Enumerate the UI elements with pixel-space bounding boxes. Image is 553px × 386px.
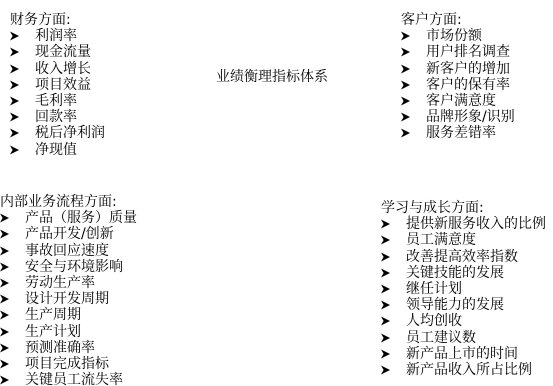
list-item: 品牌形象/识别: [401, 109, 515, 125]
financial-list: 利润率 现金流量 收入增长: [10, 28, 105, 158]
list-item: 继任计划: [381, 281, 546, 297]
list-item-label: 市场份额: [426, 28, 482, 44]
list-item-label: 用户排名调查: [426, 44, 510, 60]
arrowhead-bullet-icon: [401, 31, 410, 41]
list-item-label: 关键员工流失率: [25, 372, 123, 386]
list-item-label: 人均创收: [406, 313, 462, 329]
list-item-label: 关键技能的发展: [406, 265, 504, 281]
learning-growth-heading: 学习与成长方面:: [381, 200, 546, 216]
list-item-label: 劳动生产率: [25, 275, 95, 291]
list-item-label: 员工满意度: [406, 232, 476, 248]
arrowhead-bullet-icon: [381, 333, 390, 343]
list-item: 领导能力的发展: [381, 297, 546, 313]
list-item-label: 项目完成指标: [25, 356, 109, 372]
arrowhead-bullet-icon: [10, 64, 19, 74]
list-item-label: 员工建议数: [406, 330, 476, 346]
list-item-label: 领导能力的发展: [406, 297, 504, 313]
list-item: 回款率: [10, 109, 105, 125]
list-item-label: 改善提高效率指数: [406, 249, 518, 265]
internal-process-list: 产品（服务）质量 产品开发/创新 事故回应速度: [0, 210, 137, 386]
list-item-label: 提供新服务收入的比例: [406, 216, 546, 232]
arrowhead-bullet-icon: [381, 365, 390, 375]
arrowhead-bullet-icon: [401, 47, 410, 57]
list-item: 净现值: [10, 142, 105, 158]
arrowhead-bullet-icon: [381, 316, 390, 326]
list-item-label: 生产计划: [25, 324, 81, 340]
list-item-label: 新产品上市的时间: [406, 346, 518, 362]
arrowhead-bullet-icon: [10, 80, 19, 90]
list-item-label: 净现值: [35, 142, 77, 158]
list-item: 安全与环境影响: [0, 259, 137, 275]
arrowhead-bullet-icon: [401, 112, 410, 122]
list-item: 收入增长: [10, 61, 105, 77]
list-item: 人均创收: [381, 313, 546, 329]
arrowhead-bullet-icon: [0, 262, 9, 272]
list-item: 预测准确率: [0, 340, 137, 356]
list-item: 项目完成指标: [0, 356, 137, 372]
list-item: 关键技能的发展: [381, 265, 546, 281]
customer-list: 市场份额 用户排名调查 新客户的增加: [401, 28, 515, 141]
balanced-scorecard-diagram: 业绩衡理指标体系 财务方面: 利润率 现金流量: [0, 0, 553, 386]
arrowhead-bullet-icon: [381, 219, 390, 229]
learning-growth-list: 提供新服务收入的比例 员工满意度 改善提高效率指数: [381, 216, 546, 378]
learning-growth-quadrant: 学习与成长方面: 提供新服务收入的比例 员工满意度: [381, 200, 546, 378]
list-item-label: 客户满意度: [426, 93, 496, 109]
arrowhead-bullet-icon: [0, 310, 9, 320]
list-item-label: 回款率: [35, 109, 77, 125]
arrowhead-bullet-icon: [381, 300, 390, 310]
arrowhead-bullet-icon: [401, 64, 410, 74]
list-item: 改善提高效率指数: [381, 249, 546, 265]
list-item-label: 事故回应速度: [25, 243, 109, 259]
list-item-label: 生产周期: [25, 307, 81, 323]
list-item: 新产品上市的时间: [381, 346, 546, 362]
list-item: 市场份额: [401, 28, 515, 44]
arrowhead-bullet-icon: [381, 349, 390, 359]
list-item: 新客户的增加: [401, 61, 515, 77]
arrowhead-bullet-icon: [0, 343, 9, 353]
customer-heading: 客户方面:: [401, 12, 515, 28]
list-item-label: 产品（服务）质量: [25, 210, 137, 226]
arrowhead-bullet-icon: [0, 359, 9, 369]
list-item-label: 客户的保有率: [426, 77, 510, 93]
list-item: 关键员工流失率: [0, 372, 137, 386]
arrowhead-bullet-icon: [401, 80, 410, 90]
list-item: 员工满意度: [381, 232, 546, 248]
arrowhead-bullet-icon: [401, 96, 410, 106]
list-item: 产品（服务）质量: [0, 210, 137, 226]
list-item-label: 预测准确率: [25, 340, 95, 356]
list-item: 项目效益: [10, 77, 105, 93]
list-item-label: 品牌形象/识别: [426, 109, 515, 125]
list-item-label: 服务差错率: [426, 125, 496, 141]
arrowhead-bullet-icon: [10, 112, 19, 122]
list-item: 客户满意度: [401, 93, 515, 109]
list-item: 税后净利润: [10, 125, 105, 141]
internal-process-heading: 内部业务流程方面:: [0, 194, 137, 210]
list-item: 服务差错率: [401, 125, 515, 141]
list-item-label: 税后净利润: [35, 125, 105, 141]
list-item: 生产计划: [0, 324, 137, 340]
arrowhead-bullet-icon: [0, 375, 9, 385]
list-item: 利润率: [10, 28, 105, 44]
list-item-label: 现金流量: [35, 44, 91, 60]
arrowhead-bullet-icon: [381, 268, 390, 278]
list-item: 毛利率: [10, 93, 105, 109]
list-item-label: 毛利率: [35, 93, 77, 109]
list-item: 提供新服务收入的比例: [381, 216, 546, 232]
list-item: 现金流量: [10, 44, 105, 60]
list-item-label: 利润率: [35, 28, 77, 44]
list-item: 客户的保有率: [401, 77, 515, 93]
list-item: 劳动生产率: [0, 275, 137, 291]
arrowhead-bullet-icon: [0, 229, 9, 239]
list-item-label: 设计开发周期: [25, 291, 109, 307]
arrowhead-bullet-icon: [10, 128, 19, 138]
arrowhead-bullet-icon: [381, 284, 390, 294]
diagram-title: 业绩衡理指标体系: [216, 69, 328, 85]
list-item: 用户排名调查: [401, 44, 515, 60]
list-item: 新产品收入所占比例: [381, 362, 546, 378]
list-item-label: 收入增长: [35, 61, 91, 77]
arrowhead-bullet-icon: [0, 294, 9, 304]
list-item: 设计开发周期: [0, 291, 137, 307]
list-item-label: 产品开发/创新: [25, 226, 114, 242]
financial-quadrant: 财务方面: 利润率 现金流量: [10, 12, 105, 158]
internal-process-quadrant: 内部业务流程方面: 产品（服务）质量 产品开发/创新: [0, 194, 137, 386]
arrowhead-bullet-icon: [10, 145, 19, 155]
list-item-label: 安全与环境影响: [25, 259, 123, 275]
list-item-label: 项目效益: [35, 77, 91, 93]
list-item: 生产周期: [0, 307, 137, 323]
list-item: 产品开发/创新: [0, 226, 137, 242]
list-item: 员工建议数: [381, 330, 546, 346]
arrowhead-bullet-icon: [0, 213, 9, 223]
list-item-label: 继任计划: [406, 281, 462, 297]
arrowhead-bullet-icon: [10, 31, 19, 41]
arrowhead-bullet-icon: [10, 96, 19, 106]
list-item-label: 新客户的增加: [426, 61, 510, 77]
arrowhead-bullet-icon: [0, 278, 9, 288]
list-item-label: 新产品收入所占比例: [406, 362, 532, 378]
arrowhead-bullet-icon: [401, 128, 410, 138]
arrowhead-bullet-icon: [381, 235, 390, 245]
arrowhead-bullet-icon: [381, 252, 390, 262]
arrowhead-bullet-icon: [10, 47, 19, 57]
financial-heading: 财务方面:: [10, 12, 105, 28]
list-item: 事故回应速度: [0, 243, 137, 259]
customer-quadrant: 客户方面: 市场份额 用户排名调查: [401, 12, 515, 142]
arrowhead-bullet-icon: [0, 246, 9, 256]
arrowhead-bullet-icon: [0, 327, 9, 337]
